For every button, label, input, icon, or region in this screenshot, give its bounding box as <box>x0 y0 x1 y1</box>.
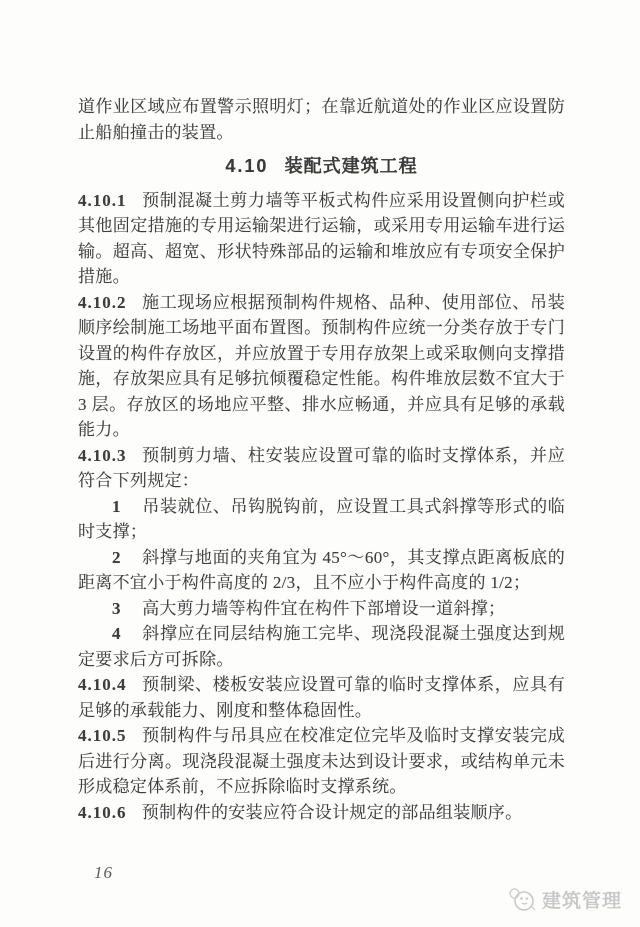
section-heading: 4.10装配式建筑工程 <box>78 154 565 180</box>
clause-4-10-3-item-1: 1吊装就位、吊钩脱钩前，应设置工具式斜撑等形式的临时支撑； <box>78 494 565 545</box>
sub-item-number: 3 <box>112 599 121 618</box>
clause-4-10-1: 4.10.1预制混凝土剪力墙等平板式构件应采用设置侧向护栏或其他固定措施的专用运… <box>78 188 565 290</box>
clause-text: 施工现场应根据预制构件规格、品种、使用部位、吊装顺序绘制施工场地平面布置图。预制… <box>78 293 565 440</box>
clause-4-10-3-item-4: 4斜撑应在同层结构施工完毕、现浇段混凝土强度达到规定要求后方可拆除。 <box>78 621 565 672</box>
section-title: 装配式建筑工程 <box>285 156 418 176</box>
clause-number: 4.10.3 <box>78 446 127 465</box>
sub-item-number: 4 <box>112 624 121 643</box>
clause-number: 4.10.1 <box>78 191 127 210</box>
clause-4-10-3-item-3: 3高大剪力墙等构件宜在构件下部增设一道斜撑； <box>78 596 565 622</box>
clause-text: 预制剪力墙、柱安装应设置可靠的临时支撑体系，并应符合下列规定： <box>78 446 565 491</box>
clause-text: 预制混凝土剪力墙等平板式构件应采用设置侧向护栏或其他固定措施的专用运输架进行运输… <box>78 191 565 287</box>
clause-4-10-2: 4.10.2施工现场应根据预制构件规格、品种、使用部位、吊装顺序绘制施工场地平面… <box>78 290 565 443</box>
watermark-text: 建筑管理 <box>542 886 622 913</box>
section-number: 4.10 <box>225 156 268 176</box>
clause-4-10-6: 4.10.6预制构件的安装应符合设计规定的部品组装顺序。 <box>78 800 565 826</box>
page-number: 16 <box>94 863 113 883</box>
chick-logo-icon <box>507 886 537 913</box>
clause-number: 4.10.4 <box>78 675 127 694</box>
clause-number: 4.10.5 <box>78 726 127 745</box>
clause-text: 预制构件的安装应符合设计规定的部品组装顺序。 <box>142 803 523 822</box>
sub-item-text: 吊装就位、吊钩脱钩前，应设置工具式斜撑等形式的临时支撑； <box>78 497 565 542</box>
document-text-block: 道作业区域应布置警示照明灯；在靠近航道处的作业区应设置防止船舶撞击的装置。 4.… <box>78 94 565 825</box>
watermark: 建筑管理 <box>507 886 622 913</box>
clause-4-10-5: 4.10.5预制构件与吊具应在校准定位完毕及临时支撑安装完成后进行分离。现浇段混… <box>78 723 565 800</box>
clause-number: 4.10.6 <box>78 803 127 822</box>
sub-item-number: 1 <box>112 497 121 516</box>
clause-4-10-3: 4.10.3预制剪力墙、柱安装应设置可靠的临时支撑体系，并应符合下列规定： <box>78 443 565 494</box>
intro-continuation-paragraph: 道作业区域应布置警示照明灯；在靠近航道处的作业区应设置防止船舶撞击的装置。 <box>78 94 565 145</box>
clause-number: 4.10.2 <box>78 293 127 312</box>
clause-text: 预制梁、楼板安装应设置可靠的临时支撑体系，应具有足够的承载能力、刚度和整体稳固性… <box>78 675 565 720</box>
clause-4-10-3-item-2: 2斜撑与地面的夹角宜为 45°～60°，其支撑点距离板底的距离不宜小于构件高度的… <box>78 545 565 596</box>
sub-item-text: 高大剪力墙等构件宜在构件下部增设一道斜撑； <box>142 599 505 618</box>
clause-4-10-4: 4.10.4预制梁、楼板安装应设置可靠的临时支撑体系，应具有足够的承载能力、刚度… <box>78 672 565 723</box>
sub-item-text: 斜撑应在同层结构施工完毕、现浇段混凝土强度达到规定要求后方可拆除。 <box>78 624 565 669</box>
document-page: 道作业区域应布置警示照明灯；在靠近航道处的作业区应设置防止船舶撞击的装置。 4.… <box>0 0 640 927</box>
clause-text: 预制构件与吊具应在校准定位完毕及临时支撑安装完成后进行分离。现浇段混凝土强度未达… <box>78 726 565 796</box>
sub-item-number: 2 <box>112 548 121 567</box>
sub-item-text: 斜撑与地面的夹角宜为 45°～60°，其支撑点距离板底的距离不宜小于构件高度的 … <box>78 548 565 593</box>
